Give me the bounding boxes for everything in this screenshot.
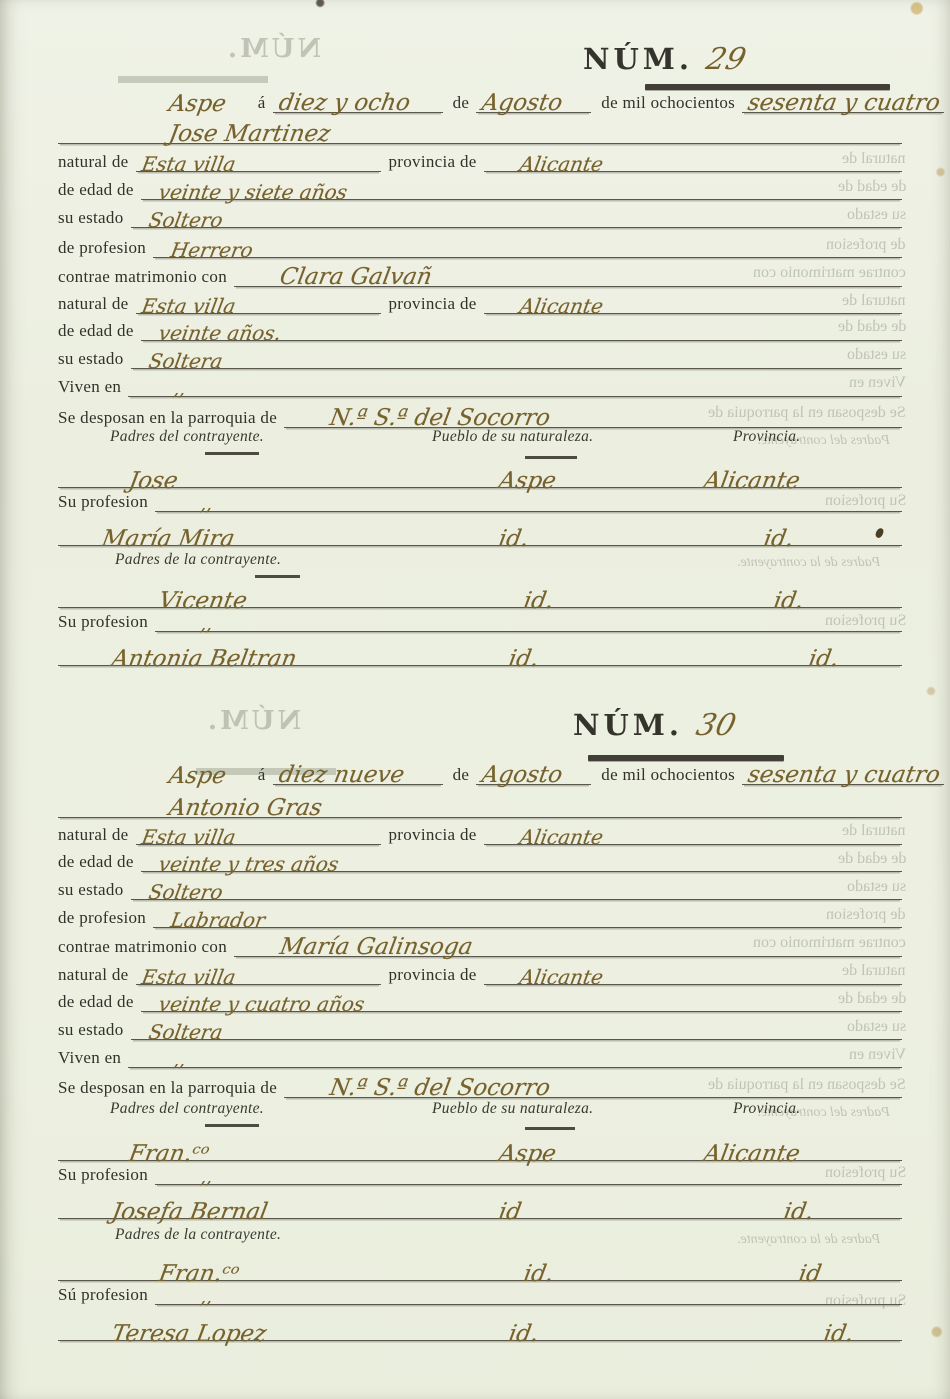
viven-value: ,,	[167, 1052, 192, 1070]
header-padres-contrayente: Padres del contrayente.	[110, 428, 264, 446]
label-se-desposan: Se desposan en la parroquia de	[58, 409, 284, 428]
groom-age-line: de edad de veinte y siete años	[58, 174, 902, 200]
label-viven-en: Viven en	[58, 1049, 128, 1068]
parents-table-headers: Padres del contrayente. Pueblo de su nat…	[58, 1100, 902, 1122]
bride-provincia: Alicante	[512, 967, 609, 987]
month-value: Agosto	[474, 92, 568, 115]
groom-status-line: su estado Soltero	[58, 874, 902, 900]
parroquia-line: Se desposan en la parroquia de N.ª S.ª d…	[58, 1072, 902, 1098]
year-value: sesenta y cuatro	[740, 764, 946, 787]
label-su-estado: su estado	[58, 350, 131, 369]
groom-profession-line: de profesion Labrador	[58, 902, 902, 928]
bride-age-line: de edad de veinte y cuatro años	[58, 986, 902, 1012]
header-pueblo-naturaleza: Pueblo de su naturaleza.	[432, 1100, 593, 1118]
ghost-label: Padres de la contrayente.	[737, 1232, 880, 1248]
label-natural-de: natural de	[58, 826, 136, 845]
bride-father-row: Vicente id. id.	[58, 581, 902, 608]
groom-father-row: Jose Aspe Alicante	[58, 461, 902, 488]
groom-name: Antonio Gras	[161, 797, 328, 820]
label-su-estado: su estado	[58, 1021, 131, 1040]
header-pueblo-naturaleza: Pueblo de su naturaleza.	[432, 428, 593, 446]
label-de-mil: de mil ochocientos	[601, 766, 742, 785]
label-provincia-de: provincia de	[389, 826, 484, 845]
date-line: Aspe á diez nueve de Agosto de mil ochoc…	[58, 759, 902, 785]
header-provincia: Provincia.	[733, 428, 800, 446]
label-de-edad-de: de edad de	[58, 993, 141, 1012]
groom-mother-provincia: id.	[776, 1201, 819, 1224]
record-number-heading: NÚM.29	[583, 42, 745, 77]
bride-status-line: su estado Soltera	[58, 1014, 902, 1040]
header-padres-contrayente: Padres del contrayente.	[110, 1100, 264, 1118]
year-value: sesenta y cuatro	[740, 92, 946, 115]
groom-profession: Labrador	[163, 910, 270, 930]
bride-mother-row: Teresa Lopez id. id.	[58, 1314, 902, 1341]
bride-name-line: contrae matrimonio con Clara Galvañ	[58, 261, 902, 287]
bride-name-line: contrae matrimonio con María Galinsoga	[58, 931, 902, 957]
bride-age: veinte años.	[151, 323, 287, 343]
parroquia-value: N.ª S.ª del Socorro	[322, 407, 556, 430]
groom-profession-line: de profesion Herrero	[58, 232, 902, 258]
groom-mother-name: Josefa Bernal	[104, 1201, 273, 1224]
bride-provincia: Alicante	[512, 296, 609, 316]
bride-mother-row: Antonia Beltran id. id.	[58, 639, 902, 666]
record-number-value: 29	[703, 42, 750, 77]
viven-line: Viven en ,,	[58, 1042, 902, 1068]
bride-mother-pueblo: id.	[501, 648, 544, 671]
label-de-mil: de mil ochocientos	[601, 94, 742, 113]
groom-status-line: su estado Soltero	[58, 202, 902, 228]
record-number-value: 30	[693, 708, 740, 743]
place-value: Aspe	[161, 93, 232, 116]
groom-profession: Herrero	[163, 240, 258, 260]
register-page: NÚM. natural de de edad de su estado de …	[0, 0, 950, 1399]
label-de: de	[453, 766, 477, 785]
bride-mother-provincia: id.	[816, 1323, 859, 1346]
label-su-profesion: Sú profesion	[58, 1286, 155, 1305]
groom-mother-pueblo: id.	[491, 528, 534, 551]
bride-parents-profession: ,,	[193, 1289, 218, 1307]
bride-age: veinte y cuatro años	[151, 994, 370, 1014]
bride-mother-name: Teresa Lopez	[104, 1323, 272, 1346]
label-a: á	[258, 766, 273, 785]
label-natural-de: natural de	[58, 153, 136, 172]
month-value: Agosto	[474, 764, 568, 787]
place-value: Aspe	[161, 765, 232, 788]
groom-mother-row: María Mira id. id.	[58, 519, 902, 546]
header-dash	[205, 1124, 259, 1127]
label-natural-de: natural de	[58, 966, 136, 985]
label-provincia-de: provincia de	[389, 153, 484, 172]
ghost-num-heading: NÚM.	[205, 706, 301, 736]
num-label: NÚM.	[583, 42, 693, 76]
groom-provincia: Alicante	[512, 827, 609, 847]
groom-natural: Esta villa	[134, 827, 241, 847]
day-value: diez y ocho	[271, 92, 416, 115]
groom-name-line: Jose Martinez	[58, 117, 902, 144]
ghost-label: Padres de la contrayente.	[737, 555, 880, 571]
bride-status-line: su estado Soltera	[58, 343, 902, 369]
header-dash	[525, 456, 577, 459]
date-line: Aspe á diez y ocho de Agosto de mil ocho…	[58, 87, 902, 113]
label-de-edad-de: de edad de	[58, 181, 141, 200]
label-de-profesion: de profesion	[58, 909, 153, 928]
groom-status: Soltero	[141, 210, 228, 230]
header-provincia: Provincia.	[733, 1100, 800, 1118]
parents-table-headers: Padres del contrayente. Pueblo de su nat…	[58, 428, 902, 450]
groom-parents-profession: ,,	[193, 496, 218, 514]
record-number-heading: NÚM.30	[573, 708, 735, 743]
label-su-profesion: Su profesion	[58, 493, 155, 512]
label-de-profesion: de profesion	[58, 239, 153, 258]
label-provincia-de: provincia de	[389, 295, 484, 314]
bride-parents-profession-line: Sú profesion ,,	[58, 1279, 902, 1305]
groom-parents-profession-line: Su profesion ,,	[58, 1159, 902, 1185]
label-viven-en: Viven en	[58, 378, 128, 397]
groom-natural-line: natural de Esta villa provincia de Alica…	[58, 819, 902, 845]
bride-name: Clara Galvañ	[272, 266, 438, 289]
groom-mother-pueblo: id	[491, 1201, 527, 1224]
bride-parents-profession: ,,	[193, 616, 218, 634]
groom-parents-profession: ,,	[193, 1169, 218, 1187]
groom-natural: Esta villa	[134, 154, 241, 174]
label-contrae: contrae matrimonio con	[58, 268, 234, 287]
header-padres-contrayente-f: Padres de la contrayente.	[115, 1226, 281, 1244]
ghost-num-bar	[118, 76, 268, 83]
groom-mother-name: María Mira	[94, 528, 240, 551]
label-provincia-de: provincia de	[389, 966, 484, 985]
bride-mother-provincia: id.	[801, 648, 844, 671]
bride-status: Soltera	[141, 351, 228, 371]
groom-mother-row: Josefa Bernal id id.	[58, 1192, 902, 1219]
label-su-estado: su estado	[58, 209, 131, 228]
groom-age: veinte y siete años	[151, 182, 353, 202]
header-padres-contrayente-f: Padres de la contrayente.	[115, 551, 281, 569]
parroquia-value: N.ª S.ª del Socorro	[322, 1077, 556, 1100]
bride-parents-profession-line: Su profesion ,,	[58, 606, 902, 632]
label-se-desposan: Se desposan en la parroquia de	[58, 1079, 284, 1098]
bride-natural-line: natural de Esta villa provincia de Alica…	[58, 959, 902, 985]
bride-natural: Esta villa	[134, 296, 241, 316]
label-su-profesion: Su profesion	[58, 1166, 155, 1185]
viven-value: ,,	[167, 381, 192, 399]
header-dash	[205, 452, 259, 455]
bride-natural: Esta villa	[134, 967, 241, 987]
num-label: NÚM.	[573, 708, 683, 742]
header-dash	[255, 575, 300, 578]
label-de-edad-de: de edad de	[58, 322, 141, 341]
bride-age-line: de edad de veinte años.	[58, 315, 902, 341]
parroquia-line: Se desposan en la parroquia de N.ª S.ª d…	[58, 402, 902, 428]
header-dash	[525, 1127, 575, 1130]
bride-mother-pueblo: id.	[501, 1323, 544, 1346]
label-natural-de: natural de	[58, 295, 136, 314]
groom-age: veinte y tres años	[151, 854, 344, 874]
label-de-edad-de: de edad de	[58, 853, 141, 872]
label-contrae: contrae matrimonio con	[58, 938, 234, 957]
groom-name: Jose Martinez	[161, 123, 336, 146]
bride-mother-name: Antonia Beltran	[104, 648, 302, 671]
groom-natural-line: natural de Esta villa provincia de Alica…	[58, 146, 902, 172]
groom-name-line: Antonio Gras	[58, 791, 902, 818]
ghost-num-heading: NÚM.	[225, 34, 321, 64]
groom-father-row: Fran.ᶜᵒ Aspe Alicante	[58, 1134, 902, 1161]
groom-status: Soltero	[141, 882, 228, 902]
groom-mother-provincia: id.	[756, 528, 799, 551]
bride-name: María Galinsoga	[272, 936, 478, 959]
groom-provincia: Alicante	[512, 154, 609, 174]
label-su-profesion: Su profesion	[58, 613, 155, 632]
day-value: diez nueve	[271, 764, 410, 787]
label-de: de	[453, 94, 477, 113]
label-su-estado: su estado	[58, 881, 131, 900]
groom-parents-profession-line: Su profesion ,,	[58, 486, 902, 512]
viven-line: Viven en ,,	[58, 371, 902, 397]
bride-father-row: Fran.ᶜᵒ id. id	[58, 1254, 902, 1281]
bride-status: Soltera	[141, 1022, 228, 1042]
groom-age-line: de edad de veinte y tres años	[58, 846, 902, 872]
bride-natural-line: natural de Esta villa provincia de Alica…	[58, 288, 902, 314]
label-a: á	[258, 94, 273, 113]
